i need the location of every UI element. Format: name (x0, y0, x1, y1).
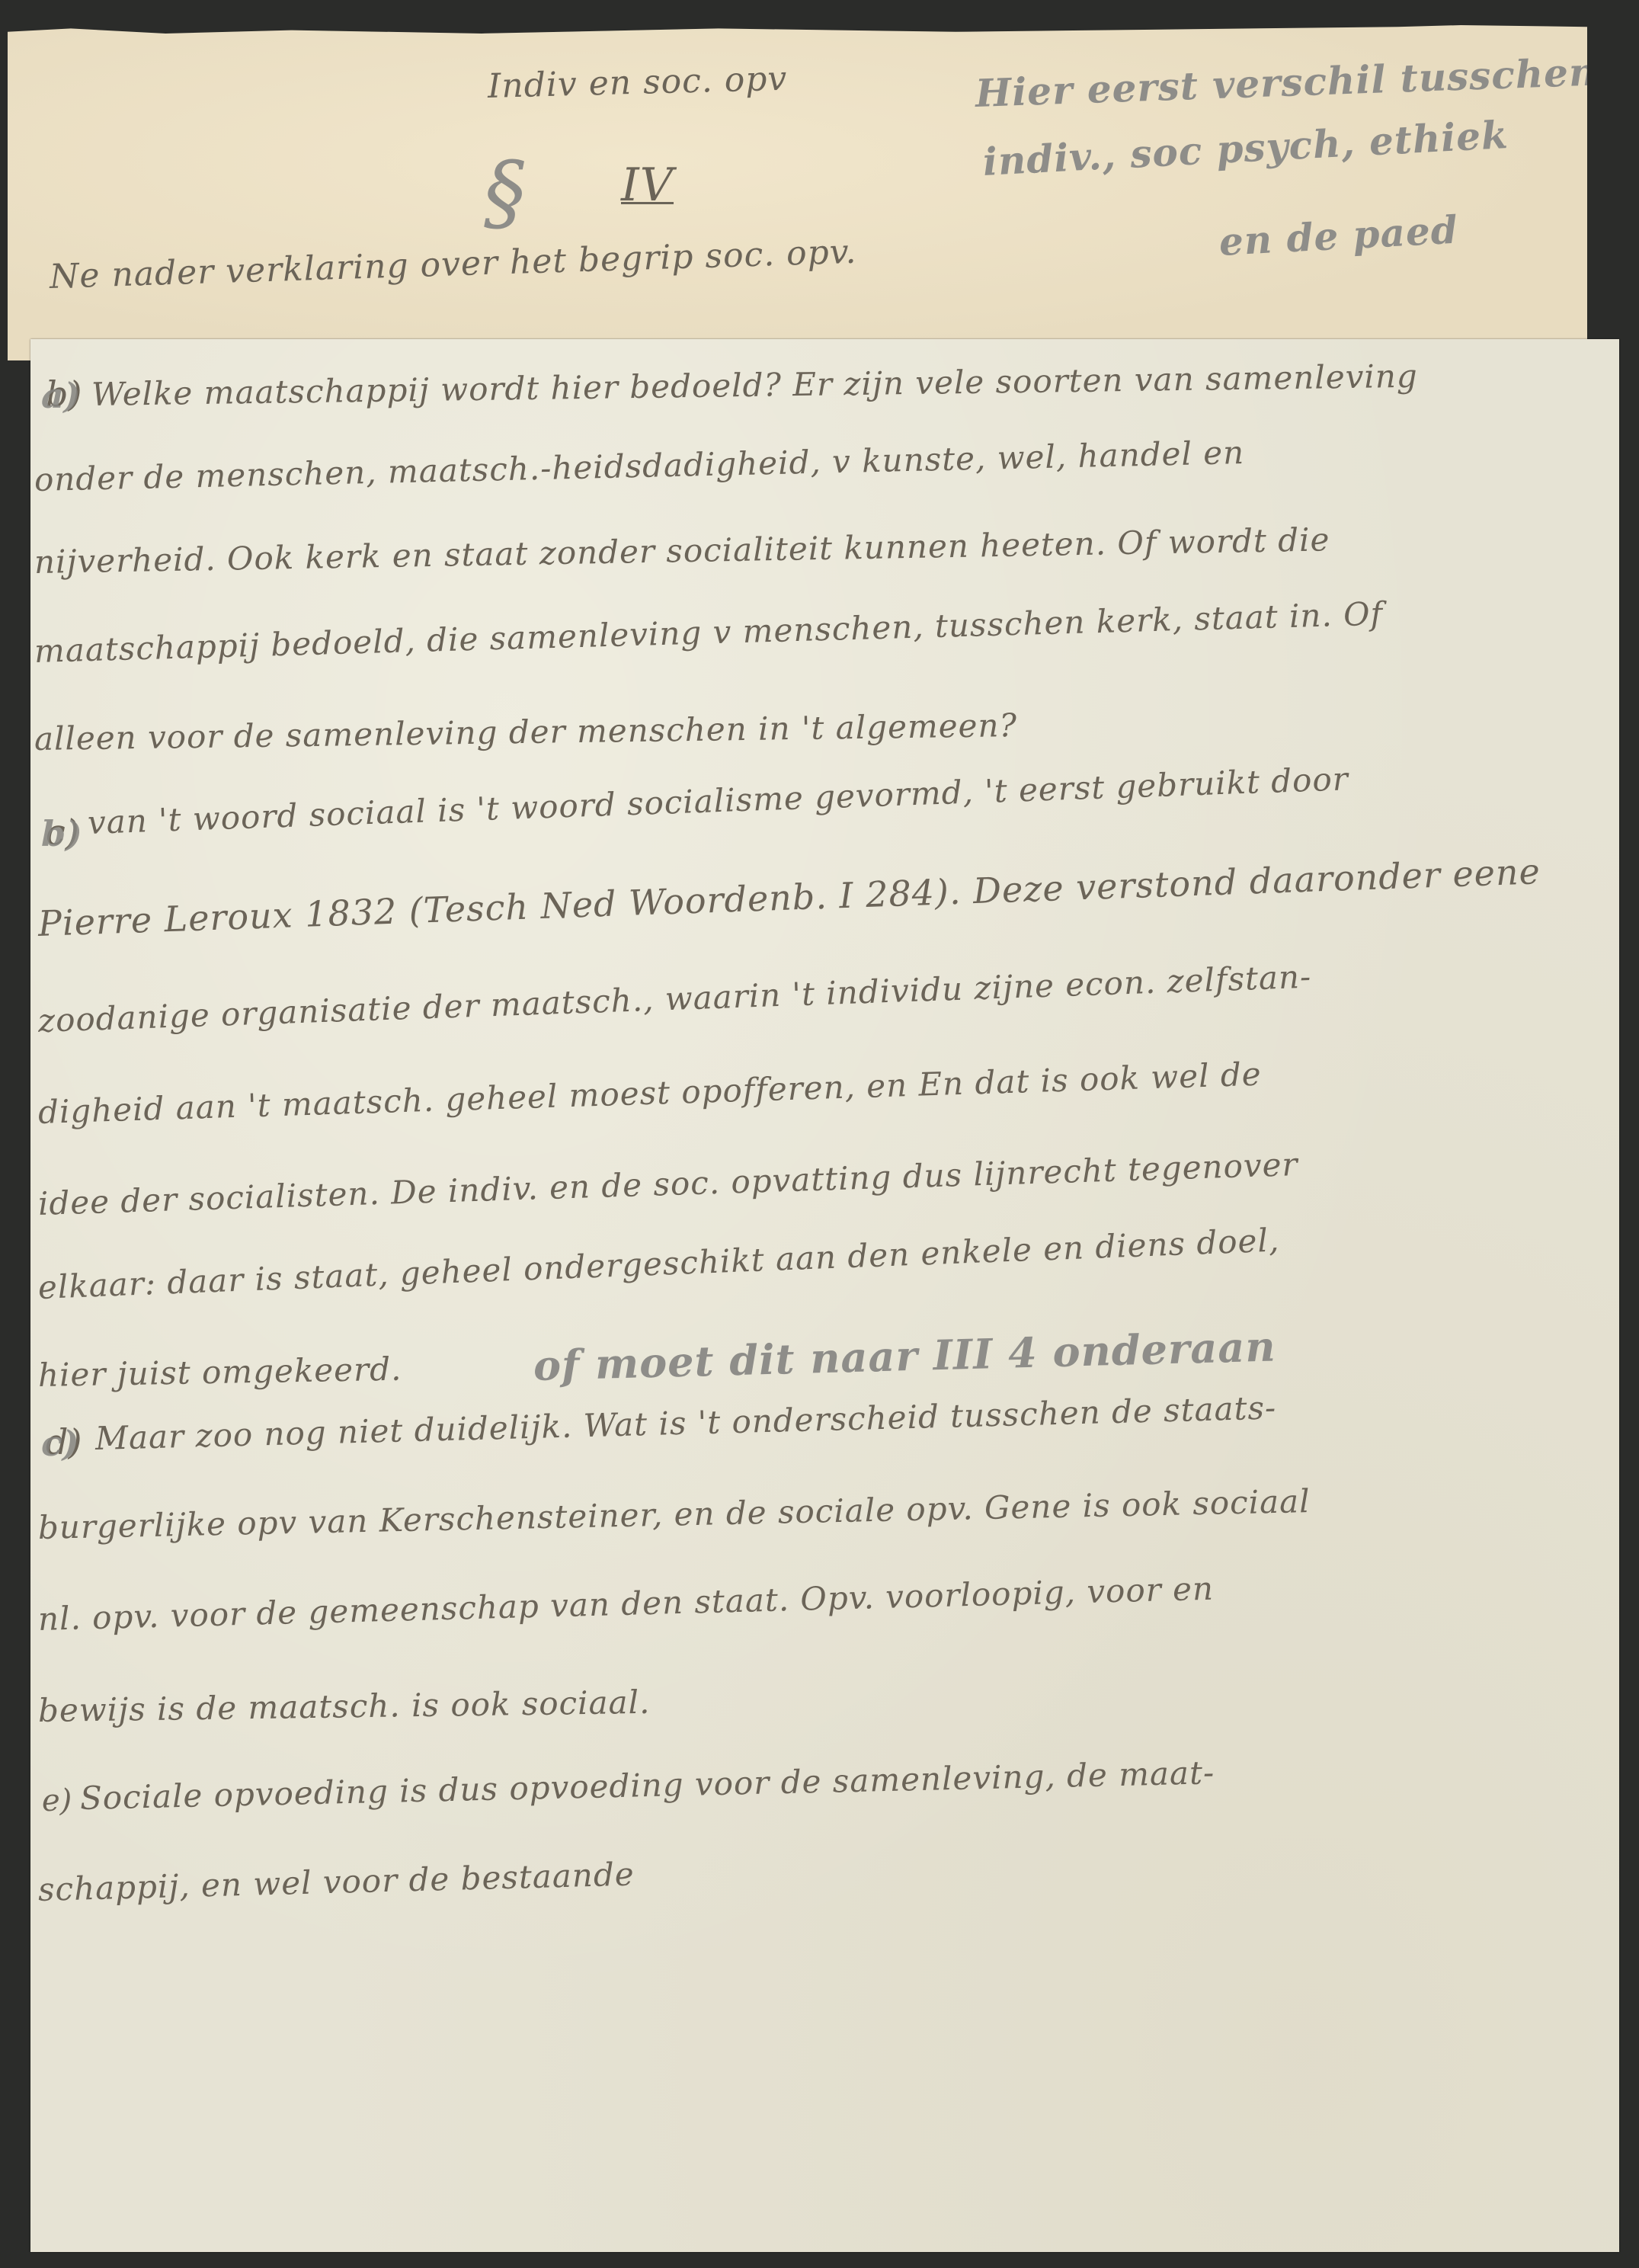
paragraph-marker: c) b) (46, 812, 79, 853)
manuscript-line: schappij, en wel voor de bestaande (37, 1856, 635, 1908)
manuscript-line: Sociale opvoeding is dus opvoeding voor … (79, 1754, 1215, 1817)
section-sign: § (484, 143, 527, 241)
manuscript-line: onder de menschen, maatsch.-heidsdadighe… (34, 434, 1244, 498)
section-number: IV (621, 159, 674, 212)
paragraph-marker: e) (42, 1783, 72, 1818)
manuscript-line: zoodanige organisatie der maatsch., waar… (37, 958, 1312, 1039)
manuscript-line: Maar zoo nog niet duidelijk. Wat is 't o… (94, 1389, 1276, 1457)
pencil-note-line: Hier eerst verschil tusschen (975, 50, 1598, 116)
paragraph-marker: d) c) (46, 1421, 82, 1462)
manuscript-line: Pierre Leroux 1832 (Tesch Ned Woordenb. … (37, 850, 1541, 944)
pencil-note-line: indiv., soc psych, ethiek (981, 112, 1509, 184)
pencil-note-line: en de paed (1218, 207, 1459, 264)
manuscript-line: nl. opv. voor de gemeenschap van den sta… (37, 1570, 1214, 1638)
manuscript-line: bewijs is de maatsch. is ook sociaal. (38, 1683, 651, 1729)
manuscript-line: nijverheid. Ook kerk en staat zonder soc… (34, 521, 1330, 581)
slip-heading: Indiv en soc. opv (487, 59, 788, 106)
manuscript-line: maatschappij bedoeld, die samenleving v … (34, 595, 1383, 670)
manuscript-line: burgerlijke opv van Kerschensteiner, en … (37, 1482, 1311, 1546)
manuscript-line: hier juist omgekeerd. (38, 1350, 402, 1394)
manuscript-line: alleen voor de samenleving der menschen … (34, 706, 1018, 758)
manuscript-line: digheid aan 't maatsch. geheel moest opo… (37, 1056, 1262, 1131)
manuscript-line: idee der socialisten. De indiv. en de so… (37, 1145, 1298, 1222)
top-paper-slip: Indiv en soc. opv § IV Hier eerst versch… (8, 25, 1587, 360)
main-manuscript-sheet: b) a) Welke maatschappij wordt hier bedo… (30, 339, 1619, 2252)
manuscript-line: Welke maatschappij wordt hier bedoeld? E… (91, 357, 1418, 413)
slip-subtitle: Ne nader verklaring over het begrip soc.… (49, 232, 857, 296)
paragraph-marker: b) a) (46, 373, 82, 415)
manuscript-line: van 't woord sociaal is 't woord sociali… (87, 760, 1349, 841)
interlinear-pencil-note: of moet dit naar III 4 onderaan (533, 1321, 1276, 1389)
manuscript-line: elkaar: daar is staat, geheel ondergesch… (37, 1221, 1280, 1306)
